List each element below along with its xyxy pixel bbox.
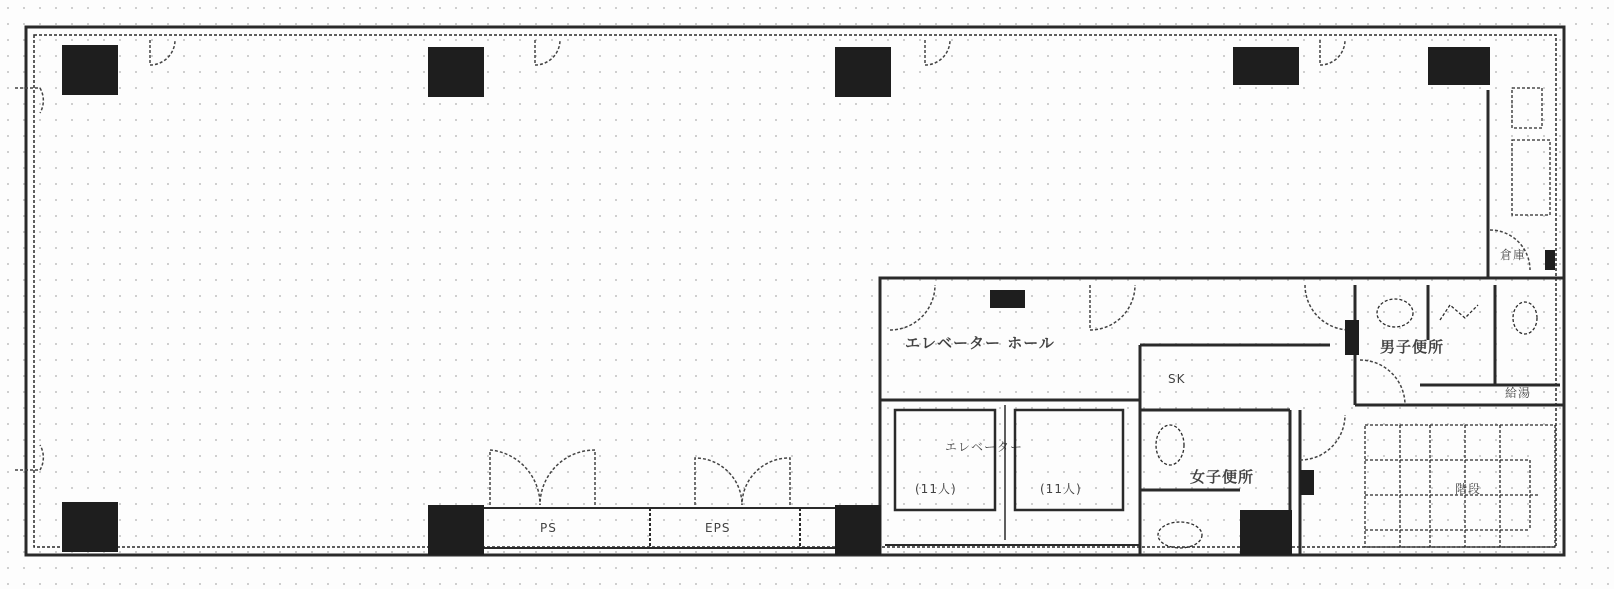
label-storage: 倉庫 [1500, 246, 1526, 263]
label-elevator-1-capacity: (11人) [915, 480, 957, 497]
inner-wall-line [34, 35, 1556, 547]
label-womens-restroom: 女子便所 [1190, 466, 1254, 487]
storage-shelves [1512, 88, 1550, 215]
label-stairs: 階段 [1455, 480, 1481, 497]
label-elevator-2-capacity: (11人) [1040, 480, 1082, 497]
columns [62, 45, 1555, 555]
label-ps: PS [540, 521, 557, 535]
doors [15, 40, 1530, 505]
label-elevator-hall: エレベーター ホール [905, 332, 1055, 353]
outer-wall [26, 27, 1564, 555]
elevator-shafts [885, 405, 1140, 545]
label-janitor-sk: SK [1168, 372, 1186, 386]
label-mens-restroom: 男子便所 [1380, 336, 1444, 357]
shaft-strip [480, 508, 840, 548]
label-elevator: エレベーター [945, 438, 1023, 455]
label-eps: EPS [705, 521, 730, 535]
floor-plan: エレベーター ホール 男子便所 女子便所 エレベーター (11人) (11人) … [0, 0, 1614, 589]
label-kitchenette: 給湯 [1505, 384, 1531, 401]
floor-plan-drawing [0, 0, 1614, 589]
